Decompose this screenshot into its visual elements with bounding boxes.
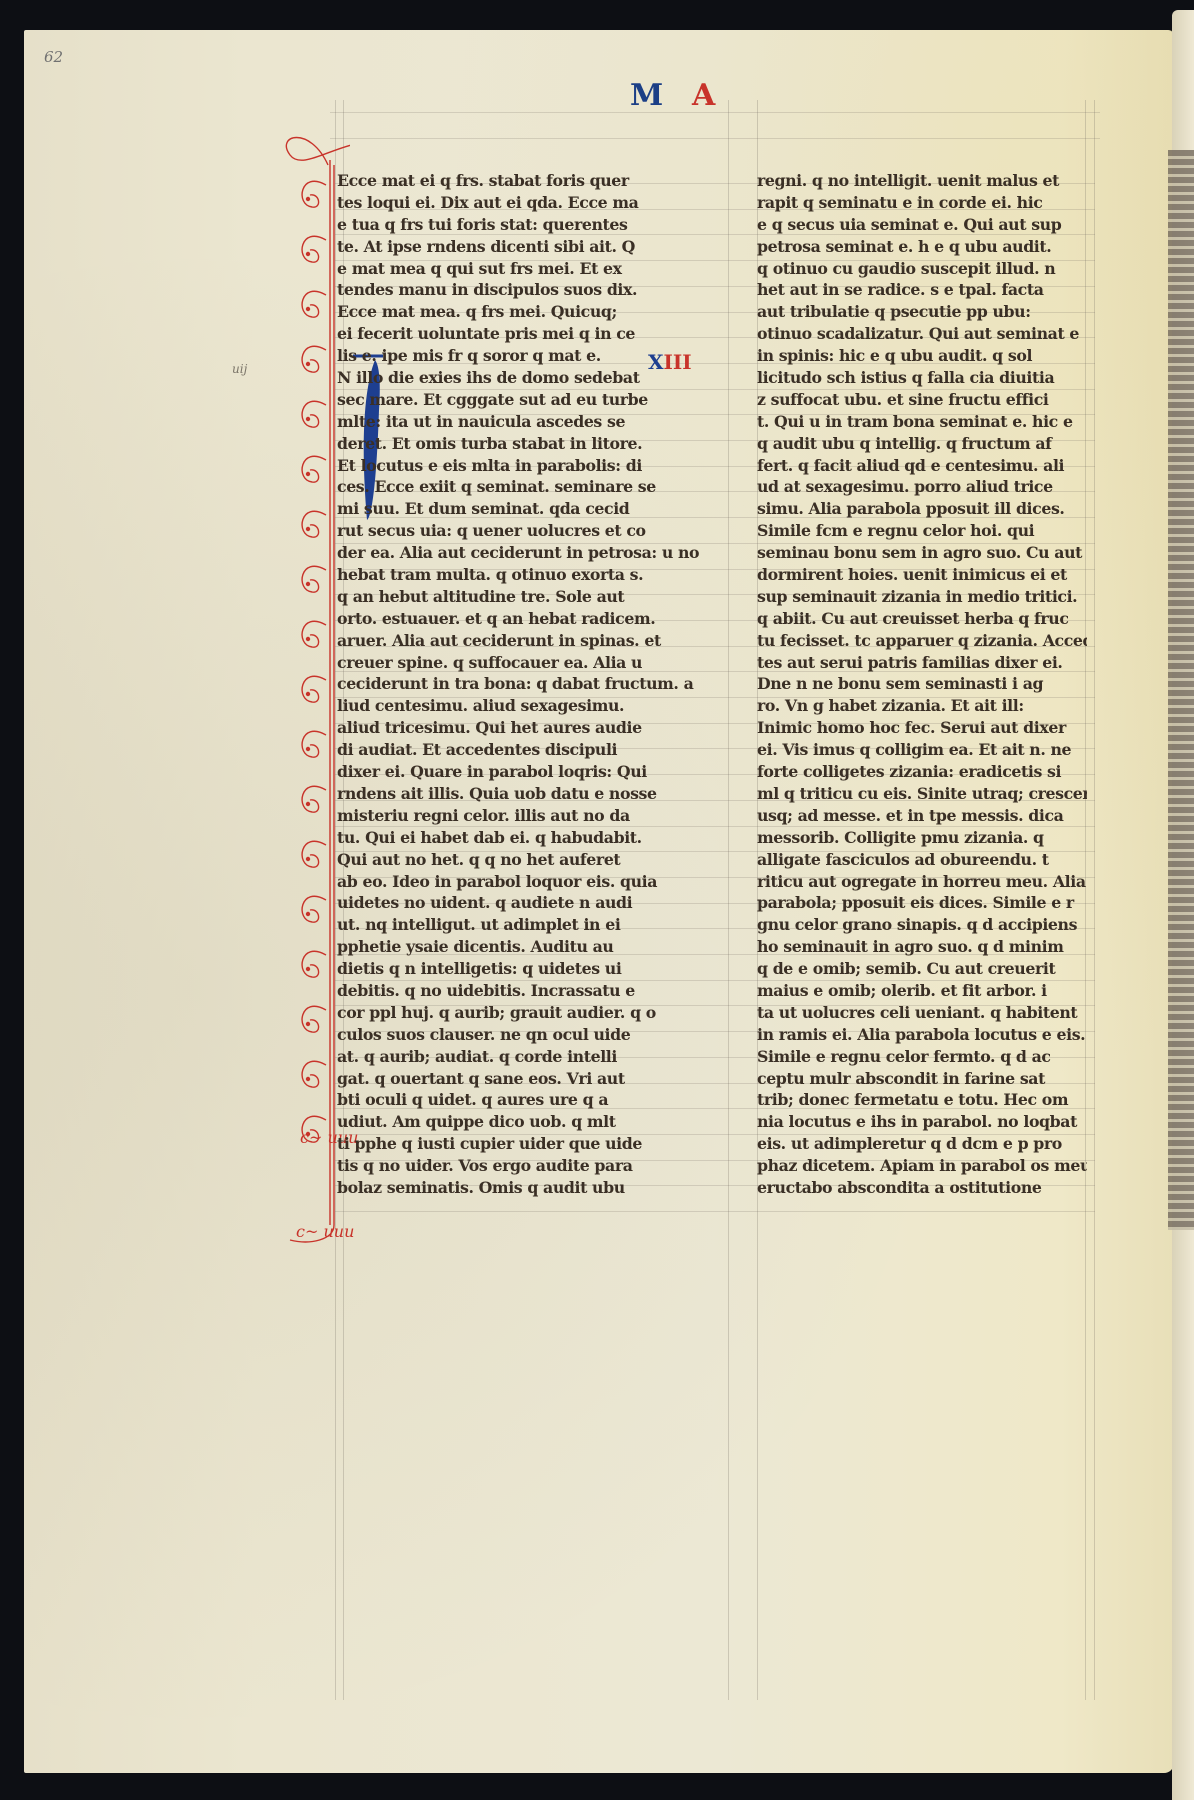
text-column-right: regni. q no intelligit. uenit malus etra… — [757, 170, 1087, 1199]
text-line: misteriu regni celor. illis aut no da — [337, 805, 729, 827]
text-line: z suffocat ubu. et sine fructu effici — [757, 389, 1087, 411]
text-line: parabola; pposuit eis dices. Simile e r — [757, 892, 1087, 914]
text-line: Simile e regnu celor fermto. q d ac — [757, 1046, 1087, 1068]
text-line: Inimic homo hoc fec. Serui aut dixer — [757, 717, 1087, 739]
text-line: uidetes no uident. q audiete n audi — [337, 892, 729, 914]
text-line: gat. q ouertant q sane eos. Vri aut — [337, 1068, 729, 1090]
text-line: tis q no uider. Vos ergo audite para — [337, 1155, 729, 1177]
text-line: orto. estuauer. et q an hebat radicem. — [337, 608, 729, 630]
text-line: mlte: ita ut in nauicula ascedes se — [337, 411, 729, 433]
text-line: e mat mea q qui sut frs mei. Et ex — [337, 258, 729, 280]
text-line: Ecce mat ei q frs. stabat foris quer — [337, 170, 729, 192]
text-line: tes loqui ei. Dix aut ei qda. Ecce ma — [337, 192, 729, 214]
text-line: sec mare. Et cgggate sut ad eu turbe — [337, 389, 729, 411]
text-line: e q secus uia seminat e. Qui aut sup — [757, 214, 1087, 236]
folio-number: 62 — [44, 48, 63, 66]
text-line: pphetie ysaie dicentis. Auditu au — [337, 936, 729, 958]
text-line: rapit q seminatu e in corde ei. hic — [757, 192, 1087, 214]
ruling-horizontal — [335, 1211, 1095, 1212]
text-line: Qui aut no het. q q no het auferet — [337, 849, 729, 871]
text-line: e tua q frs tui foris stat: querentes — [337, 214, 729, 236]
text-line: Dne n ne bonu sem seminasti i ag — [757, 673, 1087, 695]
text-line: bolaz seminatis. Omis q audit ubu — [337, 1177, 729, 1199]
text-line: liud centesimu. aliud sexagesimu. — [337, 695, 729, 717]
text-line: t. Qui u in tram bona seminat e. hic e — [757, 411, 1087, 433]
text-line: debitis. q no uidebitis. Incrassatu e — [337, 980, 729, 1002]
text-line: trib; donec fermetatu e totu. Hec om — [757, 1089, 1087, 1111]
text-line: eructabo abscondita a ostitutione — [757, 1177, 1087, 1199]
text-line: aut tribulatie q psecutie pp ubu: — [757, 301, 1087, 323]
text-line: q otinuo cu gaudio suscepit illud. n — [757, 258, 1087, 280]
text-line: ud at sexagesimu. porro aliud trice — [757, 476, 1087, 498]
text-line: der ea. Alia aut ceciderunt in petrosa: … — [337, 542, 729, 564]
text-line: tu. Qui ei habet dab ei. q habudabit. — [337, 827, 729, 849]
text-line: ceciderunt in tra bona: q dabat fructum.… — [337, 673, 729, 695]
text-line: ti pphe q iusti cupier uider que uide — [337, 1133, 729, 1155]
ruling-vertical — [1094, 100, 1095, 1700]
chapter-number-blue: X — [648, 350, 664, 374]
text-line: riticu aut ogregate in horreu meu. Alia — [757, 871, 1087, 893]
text-line: hebat tram multa. q otinuo exorta s. — [337, 564, 729, 586]
text-line: eis. ut adimpleretur q d dcm e p pro — [757, 1133, 1087, 1155]
text-line: phaz dicetem. Apiam in parabol os meu. — [757, 1155, 1087, 1177]
margin-red-note-2: c~ uuu — [296, 1222, 354, 1241]
text-line: tes aut serui patris familias dixer ei. — [757, 652, 1087, 674]
text-line: cor ppl huj. q aurib; grauit audier. q o — [337, 1002, 729, 1024]
text-line: Simile fcm e regnu celor hoi. qui — [757, 520, 1087, 542]
text-line: nia locutus e ihs in parabol. no loqbat — [757, 1111, 1087, 1133]
text-line: forte colligetes zizania: eradicetis si — [757, 761, 1087, 783]
text-line: ces. Ecce exiit q seminat. seminare se — [337, 476, 729, 498]
text-line: q abiit. Cu aut creuisset herba q fruc — [757, 608, 1087, 630]
ruling-horizontal — [330, 138, 1100, 139]
text-line: licitudo sch istius q falla cia diuitia — [757, 367, 1087, 389]
text-line: q de e omib; semib. Cu aut creuerit — [757, 958, 1087, 980]
text-line: dietis q n intelligetis: q uidetes ui — [337, 958, 729, 980]
facing-page-text — [1168, 150, 1194, 1230]
running-header-left: M — [630, 78, 663, 113]
text-line: tendes manu in discipulos suos dix. — [337, 279, 729, 301]
text-line: dormirent hoies. uenit inimicus ei et — [757, 564, 1087, 586]
text-line: tu fecisset. tc apparuer q zizania. Acce… — [757, 630, 1087, 652]
text-line: ml q triticu cu eis. Sinite utraq; cresc… — [757, 783, 1087, 805]
text-line: otinuo scadalizatur. Qui aut seminat e — [757, 323, 1087, 345]
text-line: q an hebut altitudine tre. Sole aut — [337, 586, 729, 608]
chapter-number-red: III — [664, 350, 692, 374]
text-line: Et locutus e eis mlta in parabolis: di — [337, 455, 729, 477]
text-line: rut secus uia: q uener uolucres et co — [337, 520, 729, 542]
text-line: messorib. Colligite pmu zizania. q — [757, 827, 1087, 849]
text-line: deret. Et omis turba stabat in litore. — [337, 433, 729, 455]
text-line: maius e omib; olerib. et fit arbor. i — [757, 980, 1087, 1002]
text-line: simu. Alia parabola pposuit ill dices. — [757, 498, 1087, 520]
running-header-right: A — [692, 78, 715, 113]
text-line: alligate fasciculos ad obureendu. t — [757, 849, 1087, 871]
text-line: bti oculi q uidet. q aures ure q a — [337, 1089, 729, 1111]
text-line: ro. Vn g habet zizania. Et ait ill: — [757, 695, 1087, 717]
text-line: rndens ait illis. Quia uob datu e nosse — [337, 783, 729, 805]
text-line: het aut in se radice. s e tpal. facta — [757, 279, 1087, 301]
text-line: culos suos clauser. ne qn ocul uide — [337, 1024, 729, 1046]
text-line: ut. nq intelligut. ut adimplet in ei — [337, 914, 729, 936]
text-line: ceptu mulr abscondit in farine sat — [757, 1068, 1087, 1090]
text-line: aruer. Alia aut ceciderunt in spinas. et — [337, 630, 729, 652]
text-line: Ecce mat mea. q frs mei. Quicuq; — [337, 301, 729, 323]
text-line: at. q aurib; audiat. q corde intelli — [337, 1046, 729, 1068]
text-line: fert. q facit aliud qd e centesimu. ali — [757, 455, 1087, 477]
text-column-left: Ecce mat ei q frs. stabat foris quertes … — [337, 170, 729, 1199]
text-line: sup seminauit zizania in medio tritici. — [757, 586, 1087, 608]
text-line: petrosa seminat e. h e q ubu audit. — [757, 236, 1087, 258]
text-line: aliud tricesimu. Qui het aures audie — [337, 717, 729, 739]
chapter-number: XIII — [648, 350, 692, 374]
text-line: in ramis ei. Alia parabola locutus e eis… — [757, 1024, 1087, 1046]
text-line: udiut. Am quippe dico uob. q mlt — [337, 1111, 729, 1133]
text-line: te. At ipse rndens dicenti sibi ait. Q — [337, 236, 729, 258]
text-line: mi suu. Et dum seminat. qda cecid — [337, 498, 729, 520]
margin-pencil-note: uij — [232, 362, 247, 376]
text-line: ei. Vis imus q colligim ea. Et ait n. ne — [757, 739, 1087, 761]
text-line: ho seminauit in agro suo. q d minim — [757, 936, 1087, 958]
text-line: usq; ad messe. et in tpe messis. dica — [757, 805, 1087, 827]
text-line: ei fecerit uoluntate pris mei q in ce — [337, 323, 729, 345]
text-line: creuer spine. q suffocauer ea. Alia u — [337, 652, 729, 674]
text-line: gnu celor grano sinapis. q d accipiens — [757, 914, 1087, 936]
text-line: dixer ei. Quare in parabol loqris: Qui — [337, 761, 729, 783]
text-line: seminau bonu sem in agro suo. Cu aut — [757, 542, 1087, 564]
text-line: ta ut uolucres celi ueniant. q habitent — [757, 1002, 1087, 1024]
text-line: regni. q no intelligit. uenit malus et — [757, 170, 1087, 192]
text-line: ab eo. Ideo in parabol loquor eis. quia — [337, 871, 729, 893]
text-line: q audit ubu q intellig. q fructum af — [757, 433, 1087, 455]
text-line: di audiat. Et accedentes discipuli — [337, 739, 729, 761]
text-line: in spinis: hic e q ubu audit. q sol — [757, 345, 1087, 367]
